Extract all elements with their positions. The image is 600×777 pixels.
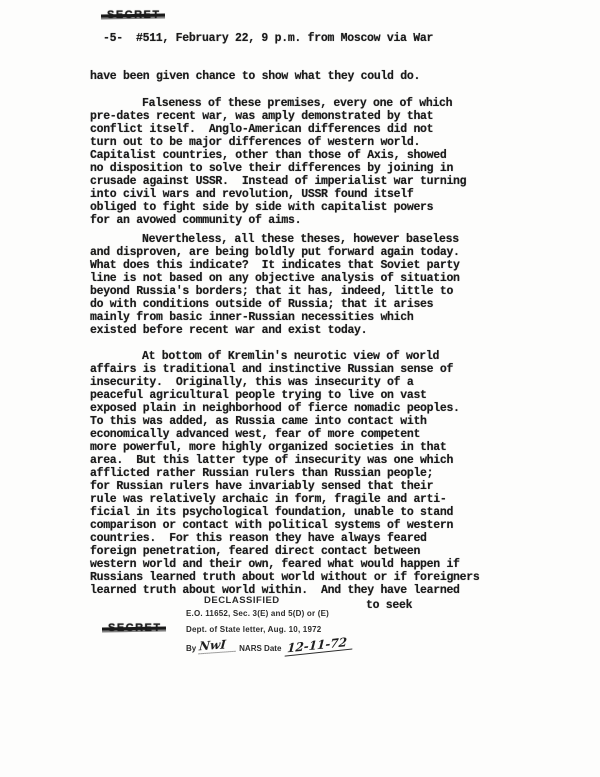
paragraph-falseness-of-premises: Falseness of these premises, every one o…: [90, 97, 522, 227]
secret-stamp-bottom-struck: SECRET: [108, 622, 162, 634]
declassification-date-handwritten: 12-11-72: [285, 634, 354, 656]
declassified-byline: By NwI NARS Date 12-11-72: [186, 638, 386, 653]
page-header-line: -5- #511, February 22, 9 p.m. from Mosco…: [103, 32, 433, 45]
by-label: By: [186, 644, 196, 653]
declassification-stamp: DECLASSIFIED E.O. 11652, Sec. 3(E) and 5…: [186, 595, 386, 653]
secret-stamp-top-struck: SECRET: [107, 9, 161, 21]
nars-date-label: NARS Date: [239, 644, 281, 653]
declassified-stamp-title: DECLASSIFIED: [204, 595, 386, 606]
reviewer-signature-handwritten: NwI: [199, 637, 237, 655]
paragraph-kremlin-neurotic-view: At bottom of Kremlin's neurotic view of …: [90, 350, 522, 597]
continuation-line: have been given chance to show what they…: [90, 70, 420, 83]
paragraph-nevertheless-theses: Nevertheless, all these theses, however …: [90, 233, 522, 337]
telegram-page-scan: SECRET -5- #511, February 22, 9 p.m. fro…: [0, 0, 600, 777]
declassified-authority-line: E.O. 11652, Sec. 3(E) and 5(D) or (E): [186, 609, 386, 618]
declassified-source-line: Dept. of State letter, Aug. 10, 1972: [186, 625, 386, 634]
